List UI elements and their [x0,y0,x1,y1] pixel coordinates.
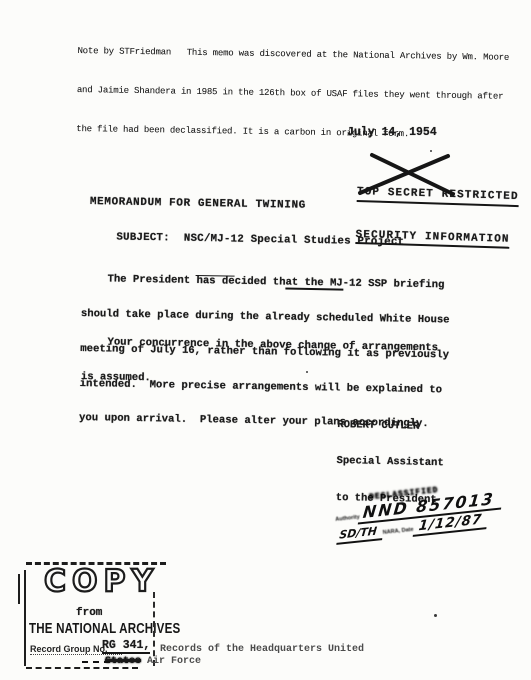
records-title-line2-rest: Air Force [141,656,201,667]
body-line: The President has decided that the MJ-12… [81,274,450,292]
subject-value: NSC/MJ-12 Special Studies Project [184,233,405,249]
strikethrough-x-mark [350,150,500,200]
memo-date: July 14, 1954 [347,126,437,139]
stamp-left-tick [18,574,20,604]
from-text: from [76,607,102,619]
scan-speck [434,614,437,617]
copy-stencil-text: COPY [44,564,159,599]
researcher-note: Note by STFriedman This memo was discove… [76,19,510,169]
body-line: Your concurrence in the above change of … [81,337,438,355]
scan-speck [306,371,308,373]
researcher-note-line: Note by STFriedman This memo was discove… [77,45,509,65]
body-line: is assumed. [81,372,438,390]
researcher-note-line: and Jaimie Shandera in 1985 in the 126th… [77,84,509,104]
records-title-line2: States Air Force [105,656,201,667]
record-group-number-handwritten: RG 341, [102,639,150,654]
signature-title-line1: Special Assistant [336,455,443,470]
national-archives-stamp: COPY from THE NATIONAL ARCHIVES Record G… [20,558,450,676]
scribble-extension [82,661,110,663]
stamp-left-rule [24,570,26,666]
scan-speck [430,150,432,152]
struck-word: States [105,656,141,667]
signature-name: ROBERT CUTLER [337,419,444,434]
scanned-memo-page: Note by STFriedman This memo was discove… [0,0,531,680]
subject-label: SUBJECT: [116,231,170,244]
memo-heading: MEMORANDUM FOR GENERAL TWINING [90,196,306,212]
stamp-dashed-divider [153,592,155,666]
researcher-note-line: the file had been declassified. It is a … [76,123,508,143]
stamp-bottom-rule [26,667,138,669]
underline-following [285,288,343,291]
by-initials-handwritten: SD/TH [336,524,383,545]
authority-label: Authority [335,514,360,523]
nara-date-label: NARA, Date [383,527,414,536]
records-title-line1: Records of the Headquarters United [160,644,364,655]
national-archives-title: THE NATIONAL ARCHIVES [29,621,180,637]
